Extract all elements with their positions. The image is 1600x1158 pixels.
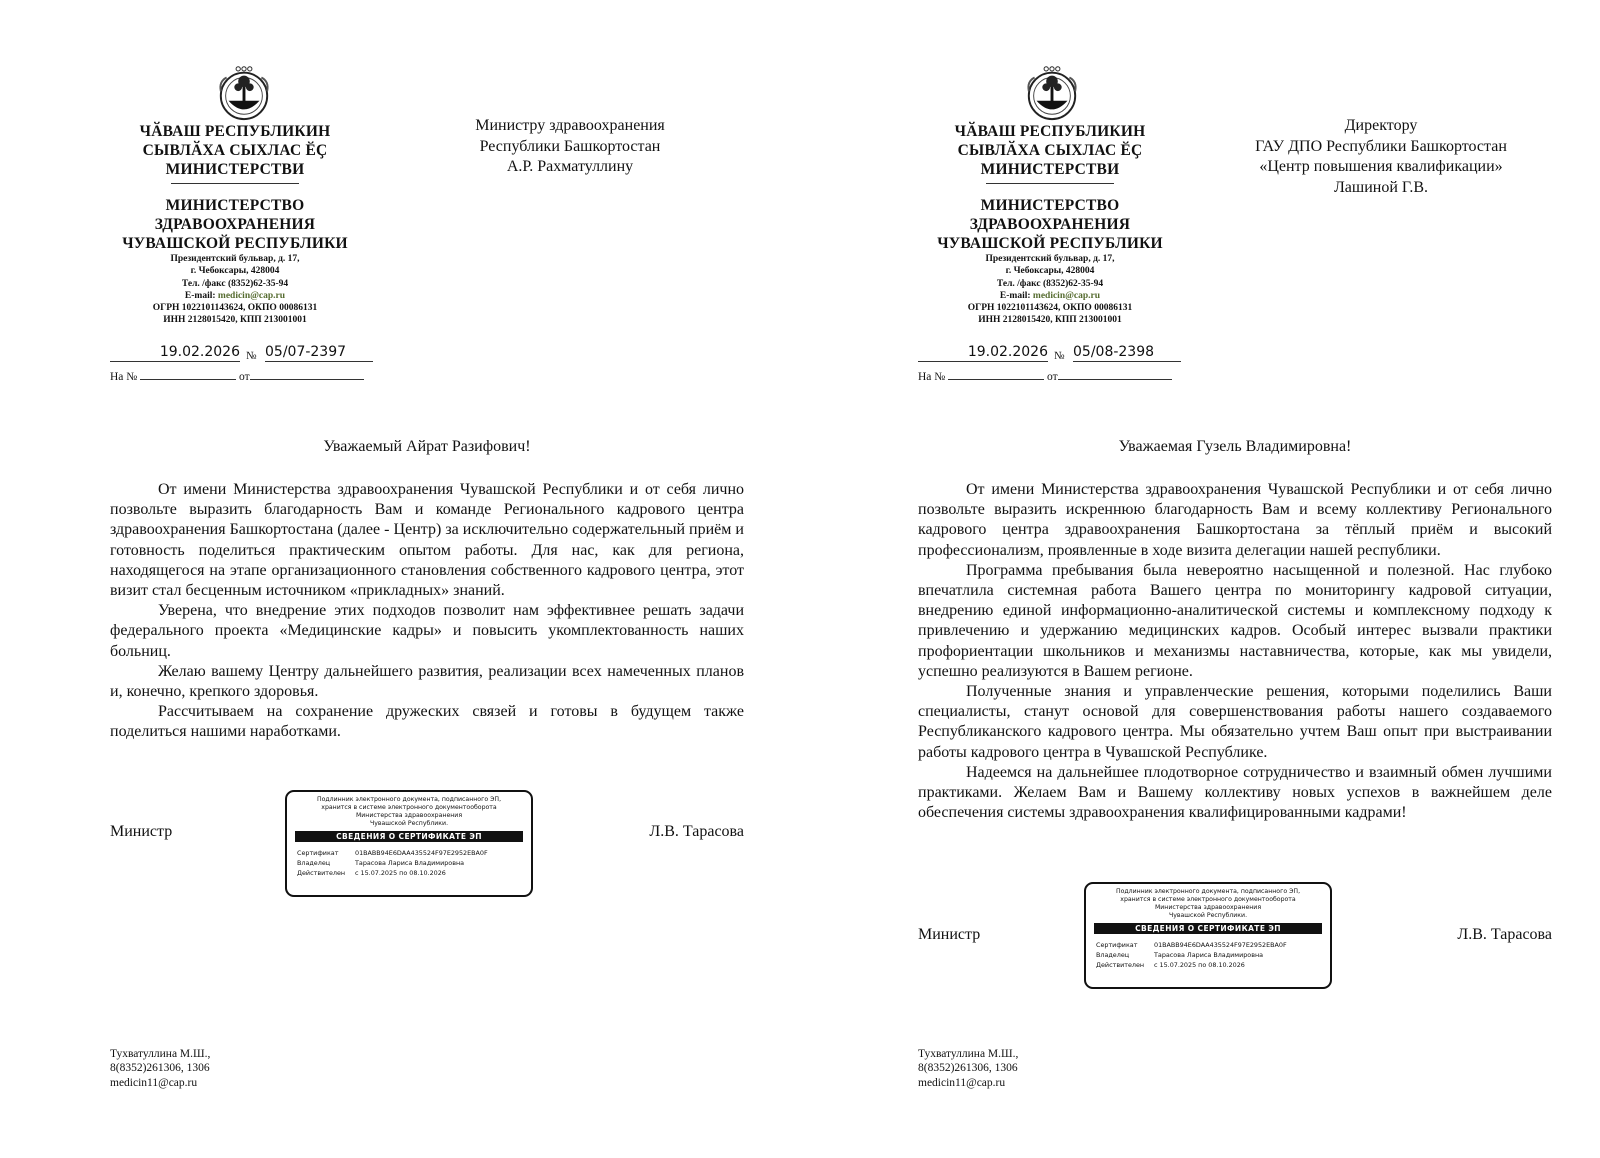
- reference-number-blank: [948, 368, 1044, 380]
- stamp-certificate-label: Сертификат: [1096, 940, 1154, 950]
- addressee-line: ГАУ ДПО Республики Башкортостан: [1226, 137, 1536, 158]
- executor-block: Тухватуллина М.Ш., 8(8352)261306, 1306 m…: [918, 1047, 1018, 1090]
- stamp-validity-row: Действителенс 15.07.2025 по 08.10.2026: [287, 868, 531, 878]
- letter-page-2: ЧӐВАШ РЕСПУБЛИКИН СЫВЛӐХА СЫХЛАС ӖҪ МИНИ…: [808, 0, 1600, 1158]
- addressee-line: «Центр повышения квалификации»: [1226, 157, 1536, 178]
- ministry-header: ЧӐВАШ РЕСПУБЛИКИН СЫВЛӐХА СЫХЛАС ӖҪ МИНИ…: [920, 122, 1180, 327]
- stamp-certificate-row: Сертификат01BABB94E6DAA435524F97E2952EBA…: [287, 848, 531, 858]
- stamp-notice-line: Министерства здравоохранения: [1094, 904, 1322, 912]
- ministry-email-link[interactable]: medicin@cap.ru: [1033, 291, 1100, 301]
- ministry-email-line: E-mail: medicin@cap.ru: [105, 290, 365, 302]
- body-paragraph: Полученные знания и управленческие решен…: [918, 682, 1552, 763]
- chuvash-name-line: МИНИСТЕРСТВИ: [920, 160, 1180, 179]
- stamp-notice: Подлинник электронного документа, подпис…: [287, 796, 531, 828]
- stamp-notice-line: Министерства здравоохранения: [295, 812, 523, 820]
- stamp-notice: Подлинник электронного документа, подпис…: [1086, 888, 1330, 920]
- ministry-inn: ИНН 2128015420, КПП 213001001: [105, 314, 365, 326]
- stamp-notice-line: хранится в системе электронного документ…: [295, 804, 523, 812]
- chuvash-name-line: СЫВЛӐХА СЫХЛАС ӖҪ: [105, 141, 365, 160]
- chuvash-name-line: СЫВЛӐХА СЫХЛАС ӖҪ: [920, 141, 1180, 160]
- executor-email[interactable]: medicin11@cap.ru: [110, 1076, 210, 1090]
- body-paragraph: От имени Министерства здравоохранения Чу…: [918, 480, 1552, 561]
- russian-name-line: МИНИСТЕРСТВО: [105, 196, 365, 215]
- ministry-address: Президентский бульвар, д. 17,: [920, 253, 1180, 265]
- registration-line: 19.02.2026 № 05/07-2397: [110, 340, 375, 362]
- letter-body: От имени Министерства здравоохранения Чу…: [918, 480, 1552, 823]
- executor-block: Тухватуллина М.Ш., 8(8352)261306, 1306 m…: [110, 1047, 210, 1090]
- letter-page-1: ЧӐВАШ РЕСПУБЛИКИН СЫВЛӐХА СЫХЛАС ӖҪ МИНИ…: [0, 0, 800, 1158]
- registration-date: 19.02.2026: [918, 344, 1048, 362]
- stamp-validity-label: Действителен: [297, 868, 355, 878]
- email-label: E-mail:: [185, 291, 218, 301]
- chuvash-name-line: ЧӐВАШ РЕСПУБЛИКИН: [105, 122, 365, 141]
- stamp-validity-value: с 15.07.2025 по 08.10.2026: [355, 869, 446, 877]
- stamp-validity-label: Действителен: [1096, 960, 1154, 970]
- addressee-block: Министру здравоохранения Республики Башк…: [440, 116, 700, 178]
- reference-number-label: На №: [110, 371, 137, 383]
- signer-name: Л.В. Тарасова: [1457, 926, 1552, 944]
- letter-body: От имени Министерства здравоохранения Чу…: [110, 480, 744, 743]
- russian-name-line: МИНИСТЕРСТВО: [920, 196, 1180, 215]
- stamp-certificate-label: Сертификат: [297, 848, 355, 858]
- executor-name: Тухватуллина М.Ш.,: [918, 1047, 1018, 1061]
- executor-name: Тухватуллина М.Ш.,: [110, 1047, 210, 1061]
- addressee-line: Министру здравоохранения: [440, 116, 700, 137]
- stamp-owner-value: Тарасова Лариса Владимировна: [1154, 951, 1263, 959]
- stamp-notice-line: хранится в системе электронного документ…: [1094, 896, 1322, 904]
- coat-of-arms-icon: [215, 64, 273, 122]
- stamp-certificate-value: 01BABB94E6DAA435524F97E2952EBA0F: [1154, 941, 1287, 949]
- stamp-notice-line: Чувашской Республики.: [295, 820, 523, 828]
- addressee-line: Директору: [1226, 116, 1536, 137]
- ministry-address: Президентский бульвар, д. 17,: [105, 253, 365, 265]
- signer-role: Министр: [110, 823, 172, 841]
- registration-line: 19.02.2026 № 05/08-2398: [918, 340, 1183, 362]
- stamp-validity-value: с 15.07.2025 по 08.10.2026: [1154, 961, 1245, 969]
- russian-name-line: ЧУВАШСКОЙ РЕСПУБЛИКИ: [105, 234, 365, 253]
- ministry-ogrn: ОГРН 1022101143624, ОКПО 00086131: [920, 302, 1180, 314]
- chuvash-name-line: МИНИСТЕРСТВИ: [105, 160, 365, 179]
- executor-phone: 8(8352)261306, 1306: [918, 1061, 1018, 1075]
- executor-phone: 8(8352)261306, 1306: [110, 1061, 210, 1075]
- reference-date-blank: [1058, 368, 1172, 380]
- stamp-owner-label: Владелец: [1096, 950, 1154, 960]
- addressee-block: Директору ГАУ ДПО Республики Башкортоста…: [1226, 116, 1536, 198]
- stamp-notice-line: Подлинник электронного документа, подпис…: [295, 796, 523, 804]
- stamp-owner-label: Владелец: [297, 858, 355, 868]
- reference-from-label: от: [239, 371, 250, 383]
- reference-number-blank: [140, 368, 236, 380]
- reference-from-label: от: [1047, 371, 1058, 383]
- ministry-city: г. Чебоксары, 428004: [920, 265, 1180, 277]
- ministry-inn: ИНН 2128015420, КПП 213001001: [920, 314, 1180, 326]
- stamp-title: СВЕДЕНИЯ О СЕРТИФИКАТЕ ЭП: [1094, 923, 1322, 934]
- electronic-signature-stamp: Подлинник электронного документа, подпис…: [285, 790, 533, 897]
- reference-number-label: На №: [918, 371, 945, 383]
- electronic-signature-stamp: Подлинник электронного документа, подпис…: [1084, 882, 1332, 989]
- stamp-owner-row: ВладелецТарасова Лариса Владимировна: [1086, 950, 1330, 960]
- stamp-title: СВЕДЕНИЯ О СЕРТИФИКАТЕ ЭП: [295, 831, 523, 842]
- signer-name: Л.В. Тарасова: [649, 823, 744, 841]
- executor-email[interactable]: medicin11@cap.ru: [918, 1076, 1018, 1090]
- salutation: Уважаемый Айрат Разифович!: [110, 438, 744, 456]
- number-sign: №: [246, 350, 257, 362]
- registration-date: 19.02.2026: [110, 344, 240, 362]
- ministry-phone: Тел. /факс (8352)62-35-94: [105, 278, 365, 290]
- stamp-owner-value: Тарасова Лариса Владимировна: [355, 859, 464, 867]
- body-paragraph: Желаю вашему Центру дальнейшего развития…: [110, 662, 744, 702]
- russian-name-line: ЗДРАВООХРАНЕНИЯ: [105, 215, 365, 234]
- stamp-certificate-row: Сертификат01BABB94E6DAA435524F97E2952EBA…: [1086, 940, 1330, 950]
- body-paragraph: Надеемся на дальнейшее плодотворное сотр…: [918, 763, 1552, 824]
- email-label: E-mail:: [1000, 291, 1033, 301]
- ministry-ogrn: ОГРН 1022101143624, ОКПО 00086131: [105, 302, 365, 314]
- registration-number: 05/08-2398: [1073, 344, 1181, 362]
- coat-of-arms-icon: [1023, 64, 1081, 122]
- stamp-notice-line: Чувашской Республики.: [1094, 912, 1322, 920]
- body-paragraph: Программа пребывания была невероятно нас…: [918, 561, 1552, 682]
- signer-role: Министр: [918, 926, 980, 944]
- ministry-email-line: E-mail: medicin@cap.ru: [920, 290, 1180, 302]
- number-sign: №: [1054, 350, 1065, 362]
- header-divider: [986, 183, 1114, 184]
- ministry-phone: Тел. /факс (8352)62-35-94: [920, 278, 1180, 290]
- registration-number: 05/07-2397: [265, 344, 373, 362]
- stamp-notice-line: Подлинник электронного документа, подпис…: [1094, 888, 1322, 896]
- reference-date-blank: [250, 368, 364, 380]
- ministry-header: ЧӐВАШ РЕСПУБЛИКИН СЫВЛӐХА СЫХЛАС ӖҪ МИНИ…: [105, 122, 365, 327]
- stamp-certificate-value: 01BABB94E6DAA435524F97E2952EBA0F: [355, 849, 488, 857]
- salutation: Уважаемая Гузель Владимировна!: [918, 438, 1552, 456]
- russian-name-line: ЗДРАВООХРАНЕНИЯ: [920, 215, 1180, 234]
- body-paragraph: От имени Министерства здравоохранения Чу…: [110, 480, 744, 601]
- reference-line: На № от: [918, 368, 1172, 384]
- addressee-line: Лашиной Г.В.: [1226, 178, 1536, 199]
- stamp-owner-row: ВладелецТарасова Лариса Владимировна: [287, 858, 531, 868]
- stamp-validity-row: Действителенс 15.07.2025 по 08.10.2026: [1086, 960, 1330, 970]
- russian-name-line: ЧУВАШСКОЙ РЕСПУБЛИКИ: [920, 234, 1180, 253]
- chuvash-name-line: ЧӐВАШ РЕСПУБЛИКИН: [920, 122, 1180, 141]
- reference-line: На № от: [110, 368, 364, 384]
- header-divider: [171, 183, 299, 184]
- addressee-line: А.Р. Рахматуллину: [440, 157, 700, 178]
- addressee-line: Республики Башкортостан: [440, 137, 700, 158]
- body-paragraph: Рассчитываем на сохранение дружеских свя…: [110, 702, 744, 742]
- body-paragraph: Уверена, что внедрение этих подходов поз…: [110, 601, 744, 662]
- ministry-city: г. Чебоксары, 428004: [105, 265, 365, 277]
- ministry-email-link[interactable]: medicin@cap.ru: [218, 291, 285, 301]
